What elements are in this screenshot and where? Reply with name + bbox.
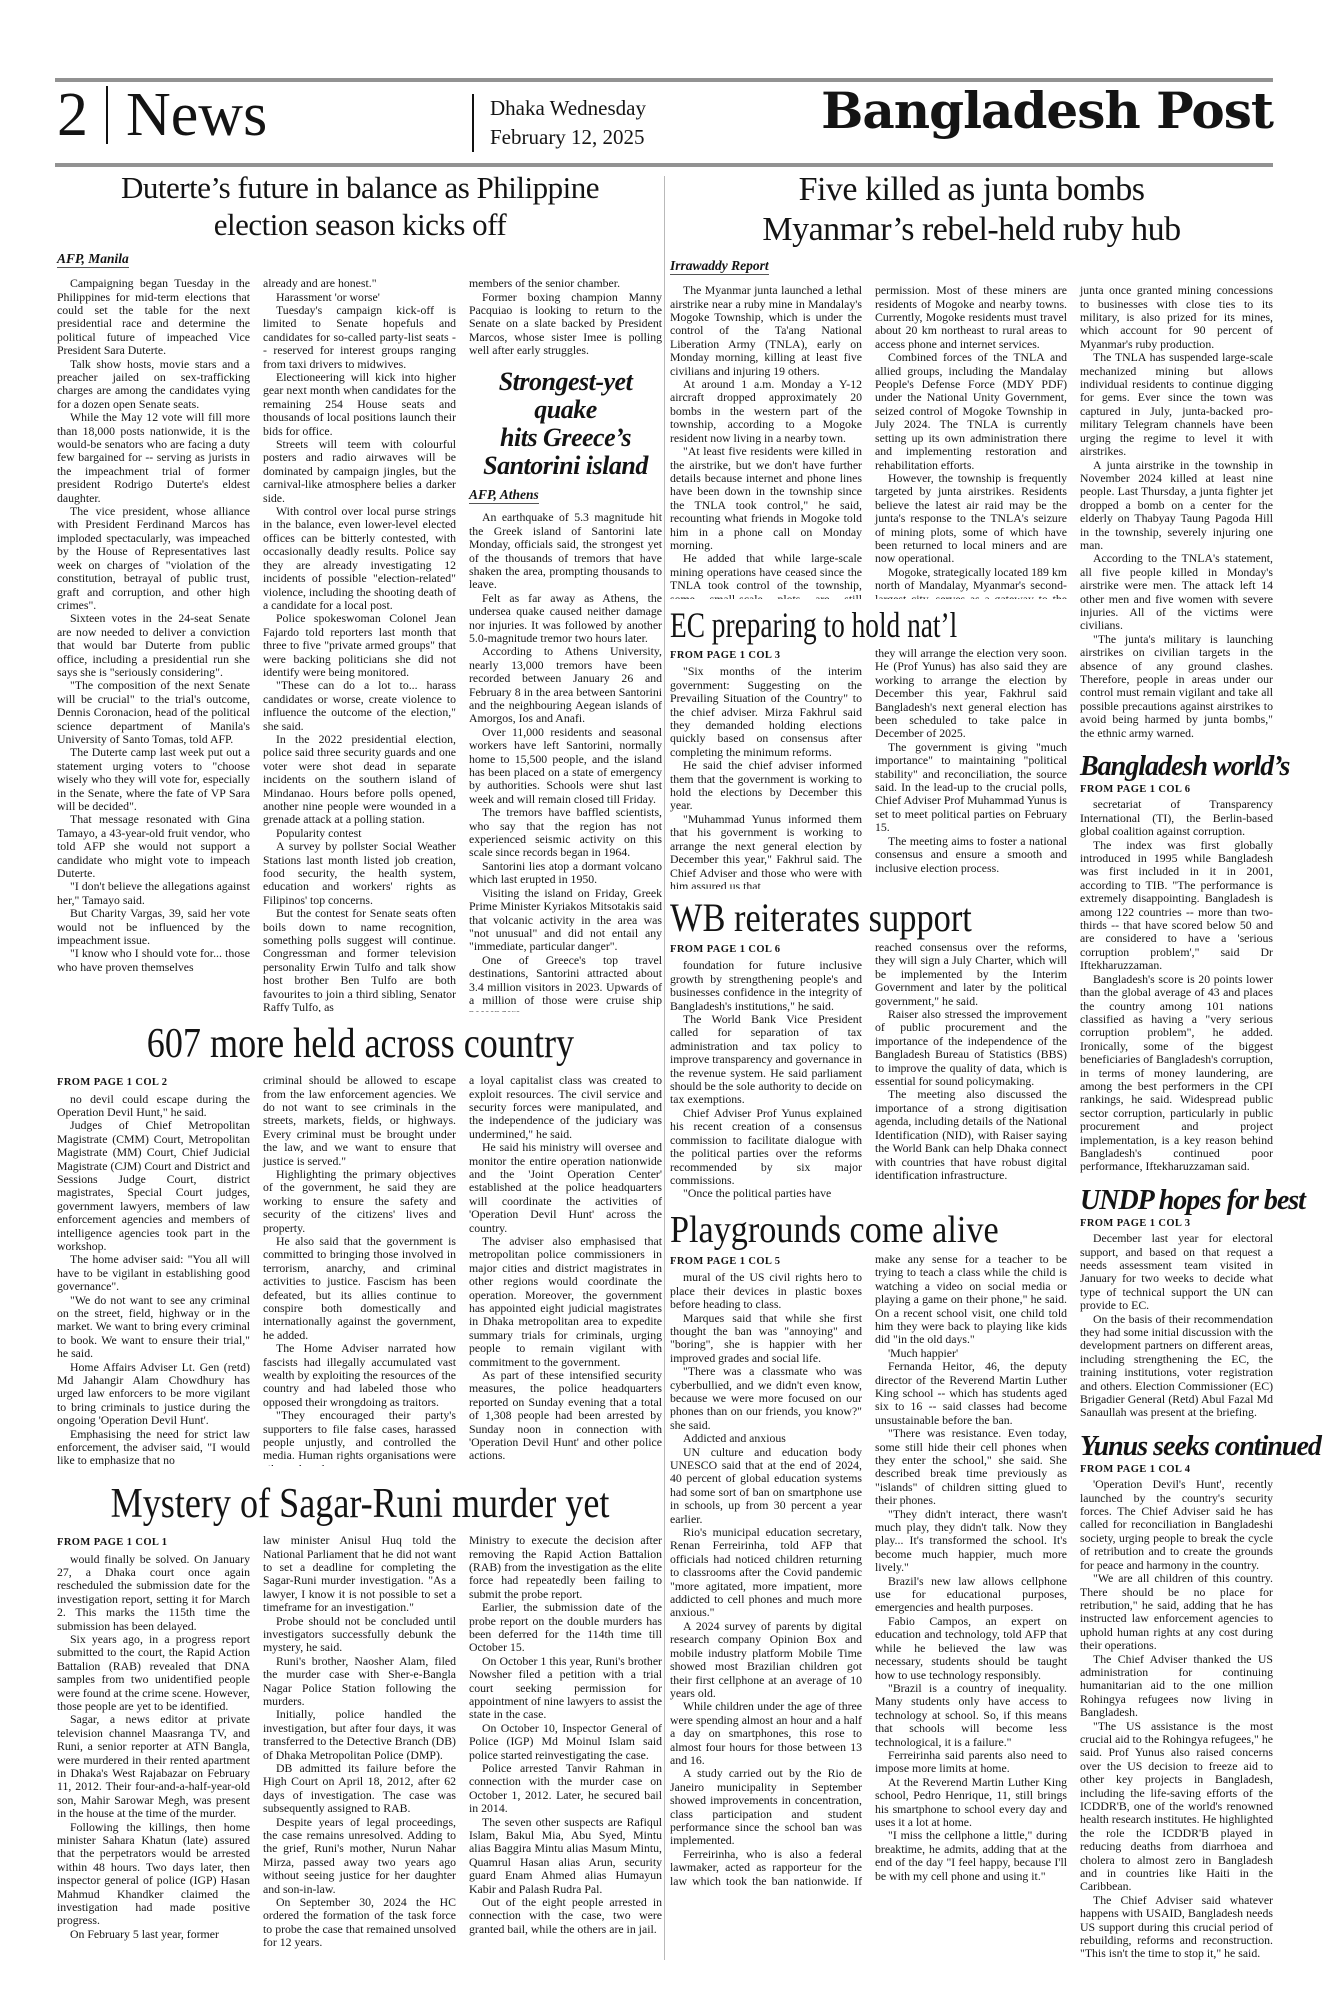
date-line-1: Dhaka Wednesday [490, 94, 646, 123]
paragraph: "They encouraged their party's supporter… [263, 1409, 456, 1466]
paragraph: "I don't believe the allegations against… [57, 880, 250, 907]
ec-col-a: FROM PAGE 1 COL 3 "Six months of the int… [670, 647, 862, 889]
paragraph: Earlier, the submission date of the prob… [469, 1601, 662, 1655]
paragraph: a loyal capitalist class was created to … [469, 1074, 662, 1141]
yunus-headline: Yunus seeks continued [1080, 1432, 1273, 1461]
paragraph: Sagar, a news editor at private televisi… [57, 1713, 250, 1820]
paragraph: 'Operation Devil's Hunt', recently launc… [1080, 1478, 1273, 1572]
paragraph: "Six months of the interim government: S… [670, 665, 862, 759]
paragraph: UN culture and education body UNESCO sai… [670, 1446, 862, 1526]
playgrounds-continuation-tag: FROM PAGE 1 COL 5 [670, 1255, 862, 1268]
duterte-byline: AFP, Manila [57, 251, 663, 267]
wb-col-a-text: foundation for future inclusive growth b… [670, 959, 862, 1200]
607-columns: FROM PAGE 1 COL 2 no devil could escape … [57, 1074, 663, 1466]
paragraph: With control over local purse strings in… [263, 505, 456, 612]
paragraph: Six years ago, in a progress report subm… [57, 1633, 250, 1713]
paragraph: Following the killings, then home minist… [57, 1821, 250, 1928]
quake-headline: Strongest-yet quake hits Greece’s Santor… [469, 368, 662, 480]
wb-continuation-tag: FROM PAGE 1 COL 6 [670, 943, 862, 956]
myanmar-headline: Five killed as junta bombs Myanmar’s reb… [670, 170, 1273, 250]
paragraph: "Muhammad Yunus informed them that his g… [670, 813, 862, 889]
ec-columns: FROM PAGE 1 COL 3 "Six months of the int… [670, 647, 1067, 889]
paragraph: secretariat of Transparency Internationa… [1080, 798, 1273, 838]
duterte-headline: Duterte’s future in balance as Philippin… [57, 170, 663, 243]
article-quake: Strongest-yet quake hits Greece’s Santor… [469, 368, 662, 1013]
ec-col-a-text: "Six months of the interim government: S… [670, 665, 862, 889]
paragraph: Combined forces of the TNLA and allied g… [875, 351, 1067, 472]
article-mystery: Mystery of Sagar-Runi murder yet FROM PA… [57, 1482, 663, 1949]
paragraph: A survey by pollster Social Weather Stat… [263, 840, 456, 907]
article-yunus: Yunus seeks continued FROM PAGE 1 COL 4 … [1080, 1432, 1273, 1961]
myanmar-columns: The Myanmar junta launched a lethal airs… [670, 284, 1273, 1961]
paragraph: law minister Anisul Huq told the Nationa… [263, 1534, 456, 1614]
paragraph: A study carried out by the Rio de Janeir… [670, 1767, 862, 1847]
mystery-col-1: FROM PAGE 1 COL 1 would finally be solve… [57, 1534, 250, 1949]
undp-body: December last year for electoral support… [1080, 1232, 1273, 1420]
playgrounds-columns: FROM PAGE 1 COL 5 mural of the US civil … [670, 1253, 1067, 1889]
paragraph: "The US assistance is the most crucial a… [1080, 1720, 1273, 1894]
paragraph: Out of the eight people arrested in conn… [469, 1896, 662, 1936]
paragraph: "There was a classmate who was cyberbull… [670, 1365, 862, 1432]
wb-headline-text: WB reiterates support [670, 897, 972, 939]
mystery-columns: FROM PAGE 1 COL 1 would finally be solve… [57, 1534, 663, 1949]
paragraph: The Myanmar junta launched a lethal airs… [670, 284, 862, 378]
myanmar-byline: Irrawaddy Report [670, 258, 1273, 274]
quake-byline-text: AFP, Athens [469, 487, 539, 504]
article-bdworlds: Bangladesh world’s FROM PAGE 1 COL 6 sec… [1080, 752, 1273, 1174]
paragraph: permission. Most of these miners are res… [875, 284, 1067, 351]
paragraph: Fabio Campos, an expert on education and… [875, 1615, 1067, 1682]
wb-columns: FROM PAGE 1 COL 6 foundation for future … [670, 941, 1067, 1203]
header-divider [106, 86, 108, 144]
undp-continuation-tag: FROM PAGE 1 COL 3 [1080, 1218, 1273, 1229]
paragraph: Runi's brother, Naosher Alam, filed the … [263, 1655, 456, 1709]
center-column-divider [664, 176, 665, 1960]
yunus-continuation-tag: FROM PAGE 1 COL 4 [1080, 1464, 1273, 1475]
duterte-col-3-text: members of the senior chamber.Former box… [469, 277, 662, 357]
paragraph: Tuesday's campaign kick-off is limited t… [263, 304, 456, 371]
paragraph: Ferreirinha, who is also a federal lawma… [670, 1848, 862, 1889]
bdworlds-body: secretariat of Transparency Internationa… [1080, 798, 1273, 1173]
paragraph: The index was first globally introduced … [1080, 839, 1273, 973]
mystery-continuation-tag: FROM PAGE 1 COL 1 [57, 1536, 250, 1549]
paragraph: Campaigning began Tuesday in the Philipp… [57, 277, 250, 357]
myanmar-col-c: junta once granted mining concessions to… [1080, 284, 1273, 740]
paragraph: Over 11,000 residents and seasonal worke… [469, 726, 662, 806]
paragraph: The adviser also emphasised that metropo… [469, 1235, 662, 1369]
header-rule [55, 163, 1273, 167]
mystery-col-3: Ministry to execute the decision after r… [469, 1534, 662, 1949]
607-headline-text: 607 more held across country [146, 1022, 573, 1066]
paragraph: He added that while large-scale mining o… [670, 552, 862, 599]
dateline: Dhaka Wednesday February 12, 2025 [472, 94, 646, 152]
paragraph: Brazil's new law allows cellphone use fo… [875, 1575, 1067, 1615]
paragraph: On September 30, 2024 the HC ordered the… [263, 1896, 456, 1949]
paragraph: junta once granted mining concessions to… [1080, 284, 1273, 351]
wb-col-a: FROM PAGE 1 COL 6 foundation for future … [670, 941, 862, 1203]
playgrounds-headline-text: Playgrounds come alive [670, 1211, 999, 1251]
paragraph: reached consensus over the reforms, they… [875, 941, 1067, 1008]
607-col-1: FROM PAGE 1 COL 2 no devil could escape … [57, 1074, 250, 1466]
paragraph: On the basis of their recommendation the… [1080, 1313, 1273, 1420]
paragraph: He also said that the government is comm… [263, 1235, 456, 1342]
paragraph: On October 1 this year, Runi's brother N… [469, 1655, 662, 1722]
paragraph: The government is giving "much importanc… [875, 741, 1067, 835]
paragraph: The TNLA has suspended large-scale mecha… [1080, 351, 1273, 458]
paragraph: members of the senior chamber. [469, 277, 662, 290]
article-607: 607 more held across country FROM PAGE 1… [57, 1022, 663, 1466]
myanmar-body-columns: The Myanmar junta launched a lethal airs… [670, 284, 1067, 599]
playgrounds-col-a: FROM PAGE 1 COL 5 mural of the US civil … [670, 1253, 862, 1889]
article-duterte: Duterte’s future in balance as Philippin… [57, 170, 663, 1012]
date-line-2: February 12, 2025 [490, 123, 646, 152]
article-undp: UNDP hopes for best FROM PAGE 1 COL 3 De… [1080, 1186, 1273, 1420]
607-continuation-tag: FROM PAGE 1 COL 2 [57, 1076, 250, 1089]
paragraph: Sixteen votes in the 24-seat Senate are … [57, 612, 250, 679]
paragraph: Visiting the island on Friday, Greek Pri… [469, 887, 662, 954]
paragraph: The World Bank Vice President called for… [670, 1013, 862, 1107]
paragraph: At around 1 a.m. Monday a Y-12 aircraft … [670, 378, 862, 445]
paragraph: "Once the political parties have [670, 1187, 862, 1200]
paragraph: On October 10, Inspector General of Poli… [469, 1722, 662, 1762]
paragraph: Fernanda Heitor, 46, the deputy director… [875, 1360, 1067, 1427]
myanmar-col-b: permission. Most of these miners are res… [875, 284, 1067, 599]
paragraph: "We are all children of this country. Th… [1080, 1572, 1273, 1652]
paragraph: Santorini lies atop a dormant volcano wh… [469, 860, 662, 887]
paragraph: Popularity contest [263, 827, 456, 840]
ec-col-b: they will arrange the election very soon… [875, 647, 1067, 889]
paragraph: On February 5 last year, former [57, 1928, 250, 1941]
article-myanmar: Five killed as junta bombs Myanmar’s reb… [670, 170, 1273, 1961]
paragraph: Bangladesh's score is 20 points lower th… [1080, 973, 1273, 1174]
paragraph: already and are honest." [263, 277, 456, 290]
paragraph: He said the chief adviser informed them … [670, 759, 862, 813]
playgrounds-headline: Playgrounds come alive [670, 1211, 1067, 1251]
middle-two-columns: The Myanmar junta launched a lethal airs… [670, 284, 1067, 1961]
paragraph: The Chief Adviser said whatever happens … [1080, 1894, 1273, 1961]
quake-body: An earthquake of 5.3 magnitude hit the G… [469, 511, 662, 1012]
mystery-col-2: law minister Anisul Huq told the Nationa… [263, 1534, 456, 1949]
masthead: Bangladesh Post [821, 86, 1273, 136]
duterte-byline-text: AFP, Manila [57, 251, 129, 268]
myanmar-byline-text: Irrawaddy Report [670, 258, 769, 275]
paragraph: That message resonated with Gina Tamayo,… [57, 813, 250, 880]
607-col-2: criminal should be allowed to escape fro… [263, 1074, 456, 1466]
paragraph: A junta airstrike in the township in Nov… [1080, 459, 1273, 553]
paragraph: But Charity Vargas, 39, said her vote wo… [57, 907, 250, 947]
article-ec: EC preparing to hold nat’l FROM PAGE 1 C… [670, 607, 1067, 889]
section-title: News [126, 84, 267, 146]
quake-byline: AFP, Athens [469, 488, 662, 501]
duterte-col-3: members of the senior chamber.Former box… [469, 277, 662, 1012]
paragraph: 'Much happier' [875, 1347, 1067, 1360]
paragraph: The Duterte camp last week put out a sta… [57, 746, 250, 813]
yunus-body: 'Operation Devil's Hunt', recently launc… [1080, 1478, 1273, 1961]
paragraph: criminal should be allowed to escape fro… [263, 1074, 456, 1168]
duterte-columns: Campaigning began Tuesday in the Philipp… [57, 277, 663, 1012]
mystery-col-1-text: would finally be solved. On January 27, … [57, 1553, 250, 1942]
paragraph: The tremors have baffled scientists, who… [469, 806, 662, 860]
article-wb: WB reiterates support FROM PAGE 1 COL 6 … [670, 897, 1067, 1203]
playgrounds-col-b: make any sense for a teacher to be tryin… [875, 1253, 1067, 1889]
paragraph: In the 2022 presidential election, polic… [263, 733, 456, 827]
page-number: 2 [57, 84, 88, 146]
paragraph: Emphasising the need for strict law enfo… [57, 1428, 250, 1466]
paragraph: Despite years of legal proceedings, the … [263, 1816, 456, 1896]
ec-headline: EC preparing to hold nat’l [670, 607, 1067, 645]
bdworlds-continuation-tag: FROM PAGE 1 COL 6 [1080, 784, 1273, 795]
paragraph: mural of the US civil rights hero to pla… [670, 1271, 862, 1311]
paragraph: "Brazil is a country of inequality. Many… [875, 1682, 1067, 1749]
paragraph: The vice president, whose alliance with … [57, 505, 250, 612]
myanmar-col-a: The Myanmar junta launched a lethal airs… [670, 284, 862, 599]
paragraph: The Chief Adviser thanked the US adminis… [1080, 1653, 1273, 1720]
wb-headline: WB reiterates support [670, 897, 1067, 939]
paragraph: "I know who I should vote for... those w… [57, 947, 250, 974]
paragraph: Mogoke, strategically located 189 km nor… [875, 566, 1067, 599]
607-headline: 607 more held across country [57, 1022, 663, 1066]
duterte-col-2: already and are honest."Harassment 'or w… [263, 277, 456, 1012]
paragraph: The Home Adviser narrated how fascists h… [263, 1342, 456, 1409]
paragraph: The home adviser said: "You all will hav… [57, 1253, 250, 1293]
rightmost-column: junta once granted mining concessions to… [1080, 284, 1273, 1961]
paragraph: While children under the age of three we… [670, 1700, 862, 1767]
paragraph: According to the TNLA's statement, all f… [1080, 552, 1273, 632]
wb-col-b: reached consensus over the reforms, they… [875, 941, 1067, 1203]
newspaper-page: 2 News Dhaka Wednesday February 12, 2025… [0, 0, 1328, 2003]
paragraph: As part of these intensified security me… [469, 1369, 662, 1463]
paragraph: Raiser also stressed the improvement of … [875, 1008, 1067, 1088]
paragraph: Ministry to execute the decision after r… [469, 1534, 662, 1601]
paragraph: Felt as far away as Athens, the undersea… [469, 592, 662, 646]
paragraph: Highlighting the primary objectives of t… [263, 1168, 456, 1235]
paragraph: "They didn't interact, there wasn't much… [875, 1508, 1067, 1575]
paragraph: Talk show hosts, movie stars and a preac… [57, 358, 250, 412]
paragraph: Marques said that while she first though… [670, 1312, 862, 1366]
duterte-col-1: Campaigning began Tuesday in the Philipp… [57, 277, 250, 1012]
paragraph: "There was resistance. Even today, some … [875, 1427, 1067, 1507]
paragraph: While the May 12 vote will fill more tha… [57, 411, 250, 505]
paragraph: The meeting also discussed the importanc… [875, 1088, 1067, 1182]
paragraph: He said his ministry will oversee and mo… [469, 1141, 662, 1235]
607-col-3: a loyal capitalist class was created to … [469, 1074, 662, 1466]
paragraph: Harassment 'or worse' [263, 291, 456, 304]
paragraph: A 2024 survey of parents by digital rese… [670, 1620, 862, 1700]
article-playgrounds: Playgrounds come alive FROM PAGE 1 COL 5… [670, 1211, 1067, 1889]
paragraph: Streets will teem with colourful posters… [263, 438, 456, 505]
paragraph: One of Greece's top travel destinations,… [469, 954, 662, 1012]
paragraph: Former boxing champion Manny Pacquiao is… [469, 291, 662, 358]
paragraph: DB admitted its failure before the High … [263, 1762, 456, 1816]
page-header: 2 News [57, 84, 267, 146]
ec-headline-text: EC preparing to hold nat’l [670, 607, 957, 645]
paragraph: An earthquake of 5.3 magnitude hit the G… [469, 511, 662, 591]
paragraph: "The junta's military is launching airst… [1080, 633, 1273, 740]
paragraph: would finally be solved. On January 27, … [57, 1553, 250, 1633]
playgrounds-col-a-text: mural of the US civil rights hero to pla… [670, 1271, 862, 1889]
paragraph: make any sense for a teacher to be tryin… [875, 1253, 1067, 1347]
bdworlds-headline: Bangladesh world’s [1080, 752, 1273, 781]
undp-headline: UNDP hopes for best [1080, 1186, 1273, 1215]
paragraph: Police spokeswoman Colonel Jean Fajardo … [263, 612, 456, 679]
paragraph: "The composition of the next Senate will… [57, 679, 250, 746]
paragraph: According to Athens University, nearly 1… [469, 645, 662, 725]
mystery-headline-text: Mystery of Sagar-Runi murder yet [111, 1482, 610, 1526]
paragraph: "At least five residents were killed in … [670, 445, 862, 552]
paragraph: Chief Adviser Prof Yunus explained his r… [670, 1107, 862, 1187]
paragraph: "We do not want to see any criminal on t… [57, 1294, 250, 1361]
paragraph: no devil could escape during the Operati… [57, 1093, 250, 1120]
paragraph: At the Reverend Martin Luther King schoo… [875, 1776, 1067, 1830]
paragraph: The meeting aims to foster a national co… [875, 835, 1067, 875]
paragraph: foundation for future inclusive growth b… [670, 959, 862, 1013]
paragraph: Home Affairs Adviser Lt. Gen (retd) Md J… [57, 1361, 250, 1428]
paragraph: Ferreirinha said parents also need to im… [875, 1749, 1067, 1776]
ec-continuation-tag: FROM PAGE 1 COL 3 [670, 649, 862, 662]
paragraph: Addicted and anxious [670, 1432, 862, 1445]
paragraph: Police arrested Tanvir Rahman in connect… [469, 1762, 662, 1816]
paragraph: However, the township is frequently targ… [875, 472, 1067, 566]
paragraph: Initially, police handled the investigat… [263, 1708, 456, 1762]
paragraph: Probe should not be concluded until inve… [263, 1615, 456, 1655]
paragraph: Electioneering will kick into higher gea… [263, 371, 456, 438]
paragraph: "I miss the cellphone a little," during … [875, 1829, 1067, 1883]
paragraph: The seven other suspects are Rafiqul Isl… [469, 1816, 662, 1896]
paragraph: Judges of Chief Metropolitan Magistrate … [57, 1119, 250, 1253]
607-col-1-text: no devil could escape during the Operati… [57, 1093, 250, 1467]
paragraph: Rio's municipal education secretary, Ren… [670, 1526, 862, 1620]
paragraph: "These can do a lot to... harass candida… [263, 679, 456, 733]
paragraph: But the contest for Senate seats often b… [263, 907, 456, 1012]
paragraph: December last year for electoral support… [1080, 1232, 1273, 1312]
paragraph: they will arrange the election very soon… [875, 647, 1067, 741]
mystery-headline: Mystery of Sagar-Runi murder yet [57, 1482, 663, 1526]
